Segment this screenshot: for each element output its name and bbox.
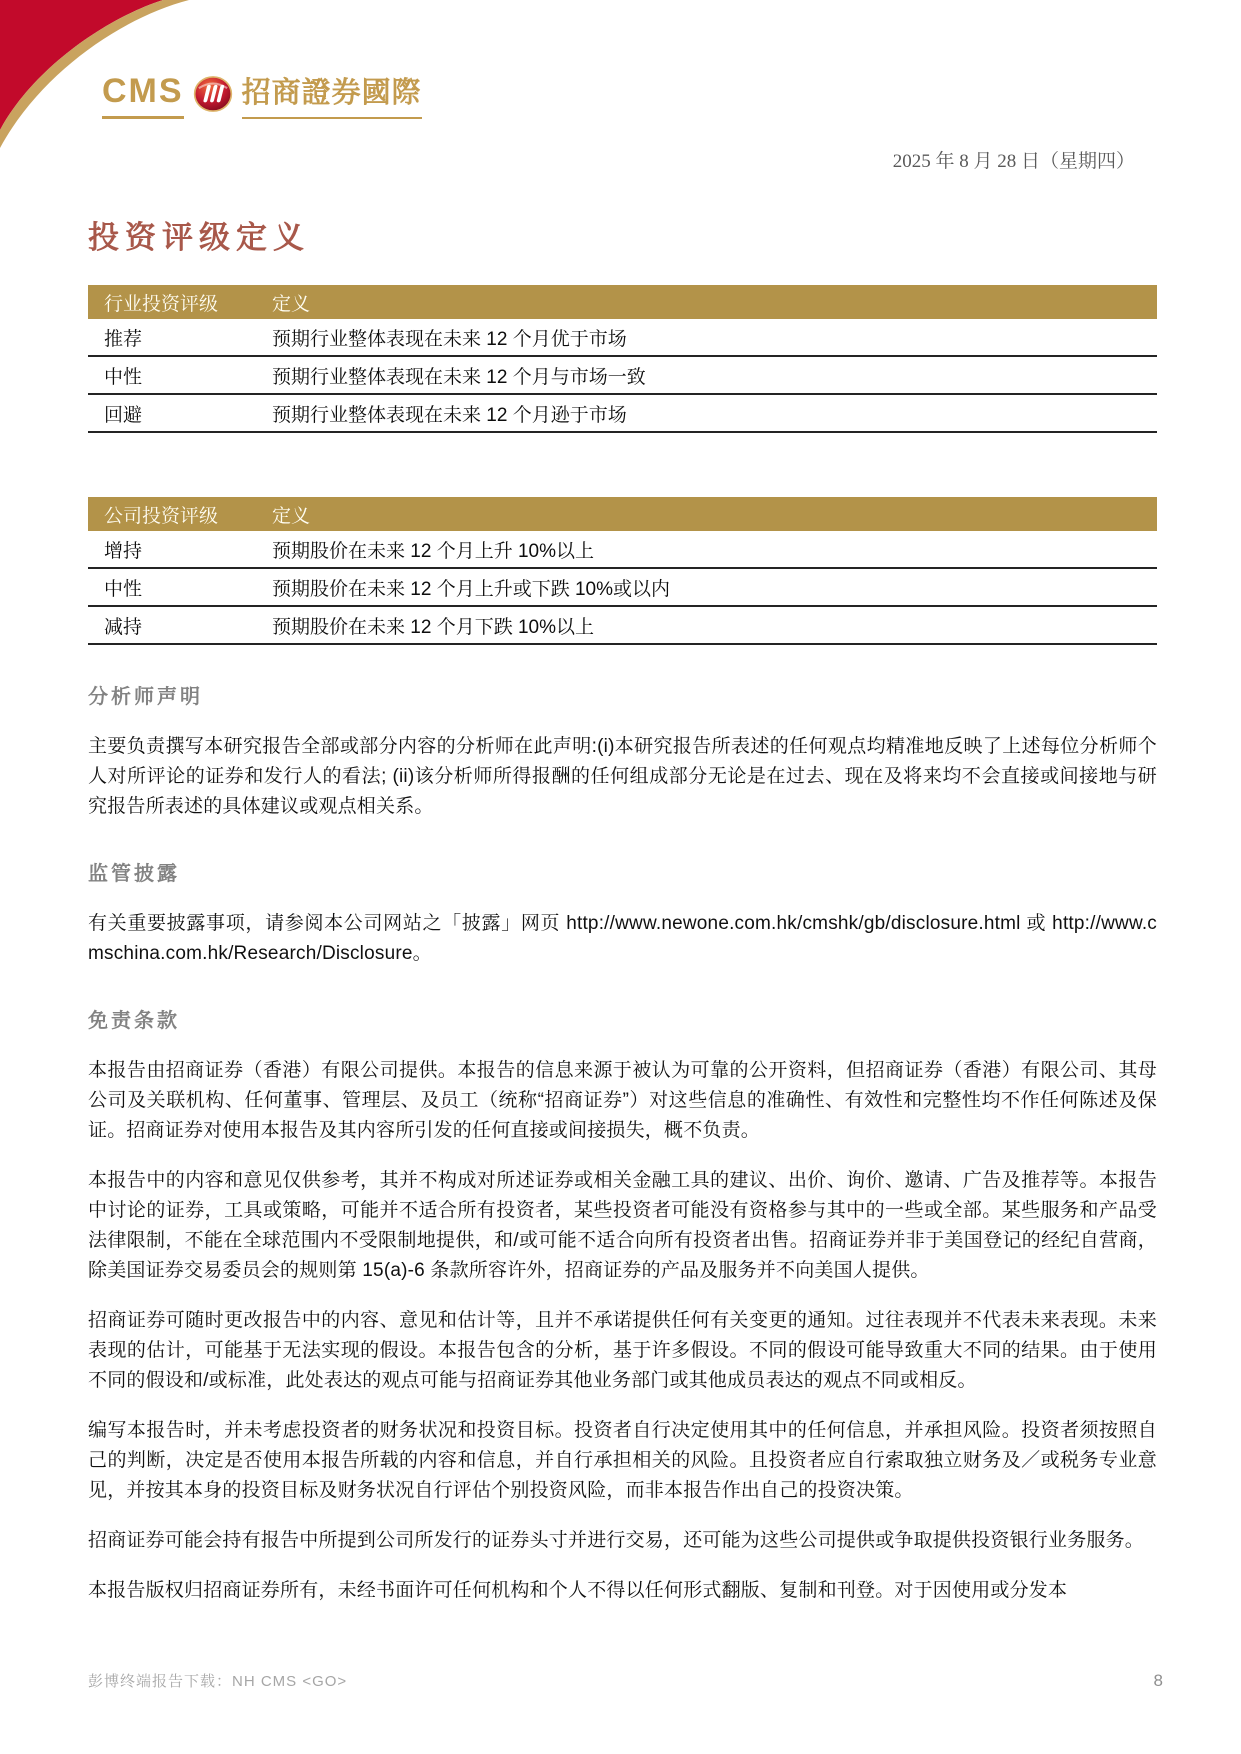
cms-emblem-icon bbox=[193, 75, 233, 118]
column-header-rating: 公司投资评级 bbox=[88, 497, 272, 531]
disclaimer-paragraph: 编写本报告时，并未考虑投资者的财务状况和投资目标。投资者自行决定使用其中的任何信… bbox=[88, 1416, 1157, 1506]
regulatory-text: 或 bbox=[1021, 913, 1053, 934]
company-rating-table: 公司投资评级 定义 增持 预期股价在未来 12 个月上升 10%以上 中性 预期… bbox=[88, 497, 1157, 645]
column-header-definition: 定义 bbox=[272, 285, 1157, 319]
section-heading-regulatory-disclosure: 监管披露 bbox=[88, 862, 1157, 886]
page-number: 8 bbox=[1154, 1671, 1163, 1691]
report-date: 2025 年 8 月 28 日（星期四） bbox=[893, 146, 1135, 173]
rating-cell: 推荐 bbox=[88, 319, 272, 356]
definition-cell: 预期行业整体表现在未来 12 个月逊于市场 bbox=[272, 394, 1157, 432]
definition-cell: 预期股价在未来 12 个月下跌 10%以上 bbox=[272, 606, 1157, 644]
table-row: 回避 预期行业整体表现在未来 12 个月逊于市场 bbox=[88, 394, 1157, 432]
column-header-rating: 行业投资评级 bbox=[88, 285, 272, 319]
rating-cell: 回避 bbox=[88, 394, 272, 432]
disclaimer-paragraph: 本报告中的内容和意见仅供参考，其并不构成对所述证券或相关金融工具的建议、出价、询… bbox=[88, 1166, 1157, 1286]
bloomberg-download-note: 彭博终端报告下载：NH CMS <GO> bbox=[88, 1670, 347, 1691]
section-heading-disclaimer: 免责条款 bbox=[88, 1009, 1157, 1033]
table-row: 减持 预期股价在未来 12 个月下跌 10%以上 bbox=[88, 606, 1157, 644]
section-heading-analyst-statement: 分析师声明 bbox=[88, 685, 1157, 709]
rating-cell: 减持 bbox=[88, 606, 272, 644]
report-page: CMS 招商證券國際 2025 bbox=[0, 0, 1241, 1754]
disclosure-url-newone[interactable]: http://www.newone.com.hk/cmshk/gb/disclo… bbox=[566, 913, 1020, 934]
page-footer: 彭博终端报告下载：NH CMS <GO> 8 bbox=[88, 1670, 1163, 1691]
page-title: 投资评级定义 bbox=[88, 218, 1157, 258]
main-content: 投资评级定义 行业投资评级 定义 推荐 预期行业整体表现在未来 12 个月优于市… bbox=[88, 218, 1157, 1606]
disclaimer-paragraph: 本报告版权归招商证券所有，未经书面许可任何机构和个人不得以任何形式翻版、复制和刊… bbox=[88, 1576, 1157, 1606]
rating-cell: 中性 bbox=[88, 568, 272, 606]
logo-company-name: 招商證券國際 bbox=[242, 79, 422, 119]
table-header-row: 公司投资评级 定义 bbox=[88, 497, 1157, 531]
rating-cell: 增持 bbox=[88, 531, 272, 568]
table-row: 中性 预期行业整体表现在未来 12 个月与市场一致 bbox=[88, 356, 1157, 394]
definition-cell: 预期股价在未来 12 个月上升或下跌 10%或以内 bbox=[272, 568, 1157, 606]
analyst-statement-paragraph: 主要负责撰写本研究报告全部或部分内容的分析师在此声明:(i)本研究报告所表述的任… bbox=[88, 732, 1157, 822]
disclaimer-paragraph: 招商证券可随时更改报告中的内容、意见和估计等，且并不承诺提供任何有关变更的通知。… bbox=[88, 1306, 1157, 1396]
company-logo: CMS 招商證券國際 bbox=[102, 74, 422, 119]
definition-cell: 预期股价在未来 12 个月上升 10%以上 bbox=[272, 531, 1157, 568]
definition-cell: 预期行业整体表现在未来 12 个月与市场一致 bbox=[272, 356, 1157, 394]
definition-cell: 预期行业整体表现在未来 12 个月优于市场 bbox=[272, 319, 1157, 356]
regulatory-text: 。 bbox=[413, 943, 432, 964]
table-row: 增持 预期股价在未来 12 个月上升 10%以上 bbox=[88, 531, 1157, 568]
rating-cell: 中性 bbox=[88, 356, 272, 394]
regulatory-disclosure-paragraph: 有关重要披露事项，请参阅本公司网站之「披露」网页 http://www.newo… bbox=[88, 909, 1157, 969]
disclaimer-paragraph: 招商证券可能会持有报告中所提到公司所发行的证券头寸并进行交易，还可能为这些公司提… bbox=[88, 1526, 1157, 1556]
disclaimer-paragraph: 本报告由招商证券（香港）有限公司提供。本报告的信息来源于被认为可靠的公开资料，但… bbox=[88, 1056, 1157, 1146]
industry-rating-table: 行业投资评级 定义 推荐 预期行业整体表现在未来 12 个月优于市场 中性 预期… bbox=[88, 285, 1157, 433]
spacer bbox=[88, 433, 1157, 497]
table-row: 推荐 预期行业整体表现在未来 12 个月优于市场 bbox=[88, 319, 1157, 356]
table-header-row: 行业投资评级 定义 bbox=[88, 285, 1157, 319]
logo-cms-text: CMS bbox=[102, 74, 184, 119]
table-row: 中性 预期股价在未来 12 个月上升或下跌 10%或以内 bbox=[88, 568, 1157, 606]
regulatory-text: 有关重要披露事项，请参阅本公司网站之「披露」网页 bbox=[88, 913, 566, 934]
column-header-definition: 定义 bbox=[272, 497, 1157, 531]
